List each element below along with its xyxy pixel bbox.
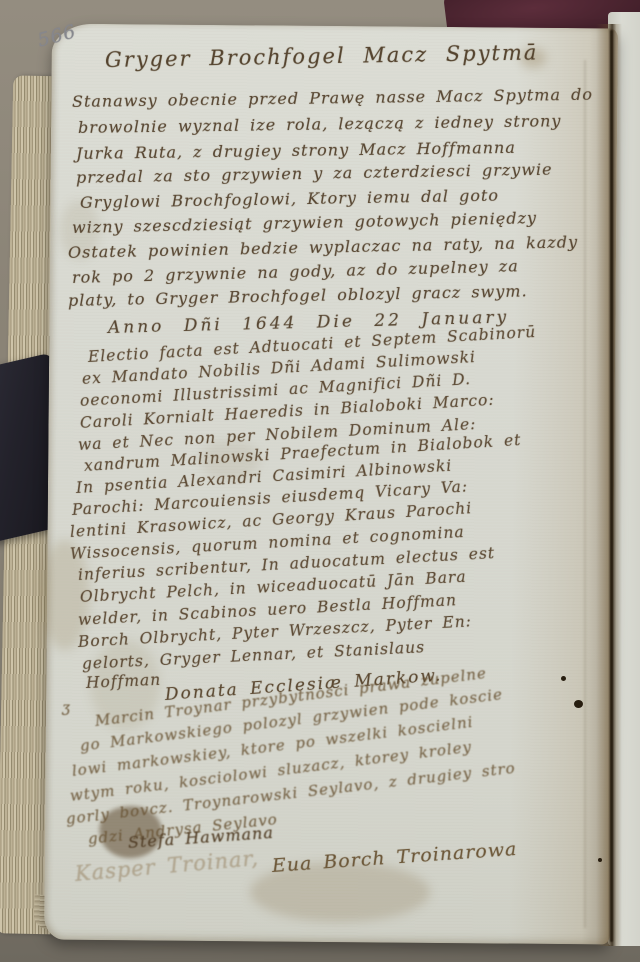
text-layer: 566 Gryger Brochfogel Macz Spytmā Stanaw… [0, 0, 640, 962]
signature-main: Eua Borch Troinarowa [271, 838, 518, 877]
manuscript-line: Gryglowi Brochfoglowi, Ktory iemu dal go… [80, 186, 499, 212]
folio-number: 566 [35, 20, 79, 51]
manuscript-photo: { "scene": { "description": "Photograph … [0, 0, 640, 962]
entry-heading: Gryger Brochfogel Macz Spytmā [105, 40, 539, 72]
manuscript-line: przedal za sto grzywien y za czterdziesc… [76, 160, 553, 187]
signature-faint: Kasper Troinar, [74, 846, 260, 886]
manuscript-line: browolnie wyznal ize rola, lezączą z ied… [78, 111, 562, 137]
manuscript-line: platy, to Gryger Brochfogel oblozyl grac… [68, 281, 528, 310]
manuscript-line: Stanawsy obecnie przed Prawę nasse Macz … [72, 85, 593, 111]
manuscript-line: Jurka Ruta, z drugiey strony Macz Hoffma… [76, 138, 516, 163]
manuscript-line: Hoffman [86, 671, 162, 692]
manuscript-line: wizny szescdziesiąt grzywien gotowych pi… [72, 208, 537, 237]
margin-mark: ʒ [62, 700, 71, 716]
